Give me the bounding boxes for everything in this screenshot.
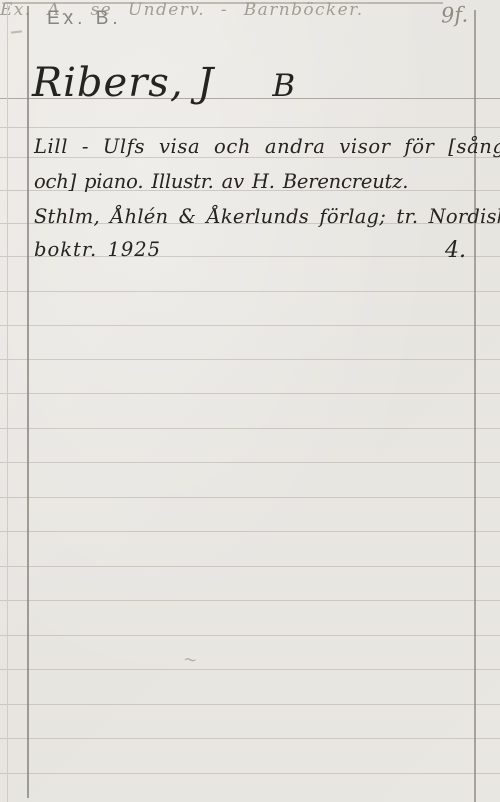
ruled-line	[0, 497, 500, 498]
left-margin-line	[27, 6, 29, 798]
ruled-line	[0, 291, 500, 292]
ruled-line	[0, 428, 500, 429]
ruled-line	[0, 566, 500, 567]
section-letter-mark: B	[272, 68, 296, 104]
ruled-line	[0, 359, 500, 360]
pencil-dash-mark	[11, 30, 22, 33]
shelf-mark-top-right: 9f.	[441, 3, 469, 28]
exemplar-mark-top-left: Ex. B.	[47, 8, 122, 30]
ruled-line	[0, 600, 500, 601]
ruled-line	[0, 393, 500, 394]
ruled-line	[0, 669, 500, 670]
ruled-line	[0, 635, 500, 636]
ruled-line	[0, 462, 500, 463]
catalog-card-page: Ex. B. 9f. Ribers, JB Lill - Ulfs visa o…	[0, 0, 500, 802]
ruled-line	[0, 325, 500, 326]
heading-author: Ribers, JB	[32, 63, 296, 103]
ruled-line	[0, 773, 500, 774]
right-margin-line	[474, 10, 476, 802]
entry-number: 4.	[445, 238, 466, 263]
author-name: Ribers, J	[32, 60, 214, 106]
ruled-line	[0, 127, 500, 128]
ruled-line	[0, 738, 500, 739]
entry-line-3: Sthlm, Åhlén & Åkerlunds förlag; tr. Nor…	[34, 207, 500, 227]
paper-left-edge-line	[7, 2, 8, 802]
entry-line-1: Lill - Ulfs visa och andra visor för [så…	[34, 137, 500, 157]
entry-line-4: boktr. 1925	[34, 240, 161, 260]
paper-top-edge-line	[5, 2, 443, 4]
ruled-line	[0, 531, 500, 532]
pencil-squiggle-mark: ~	[182, 649, 199, 671]
entry-line-2: och] piano. Illustr. av H. Berencreutz.	[34, 172, 408, 192]
ruled-line	[0, 704, 500, 705]
